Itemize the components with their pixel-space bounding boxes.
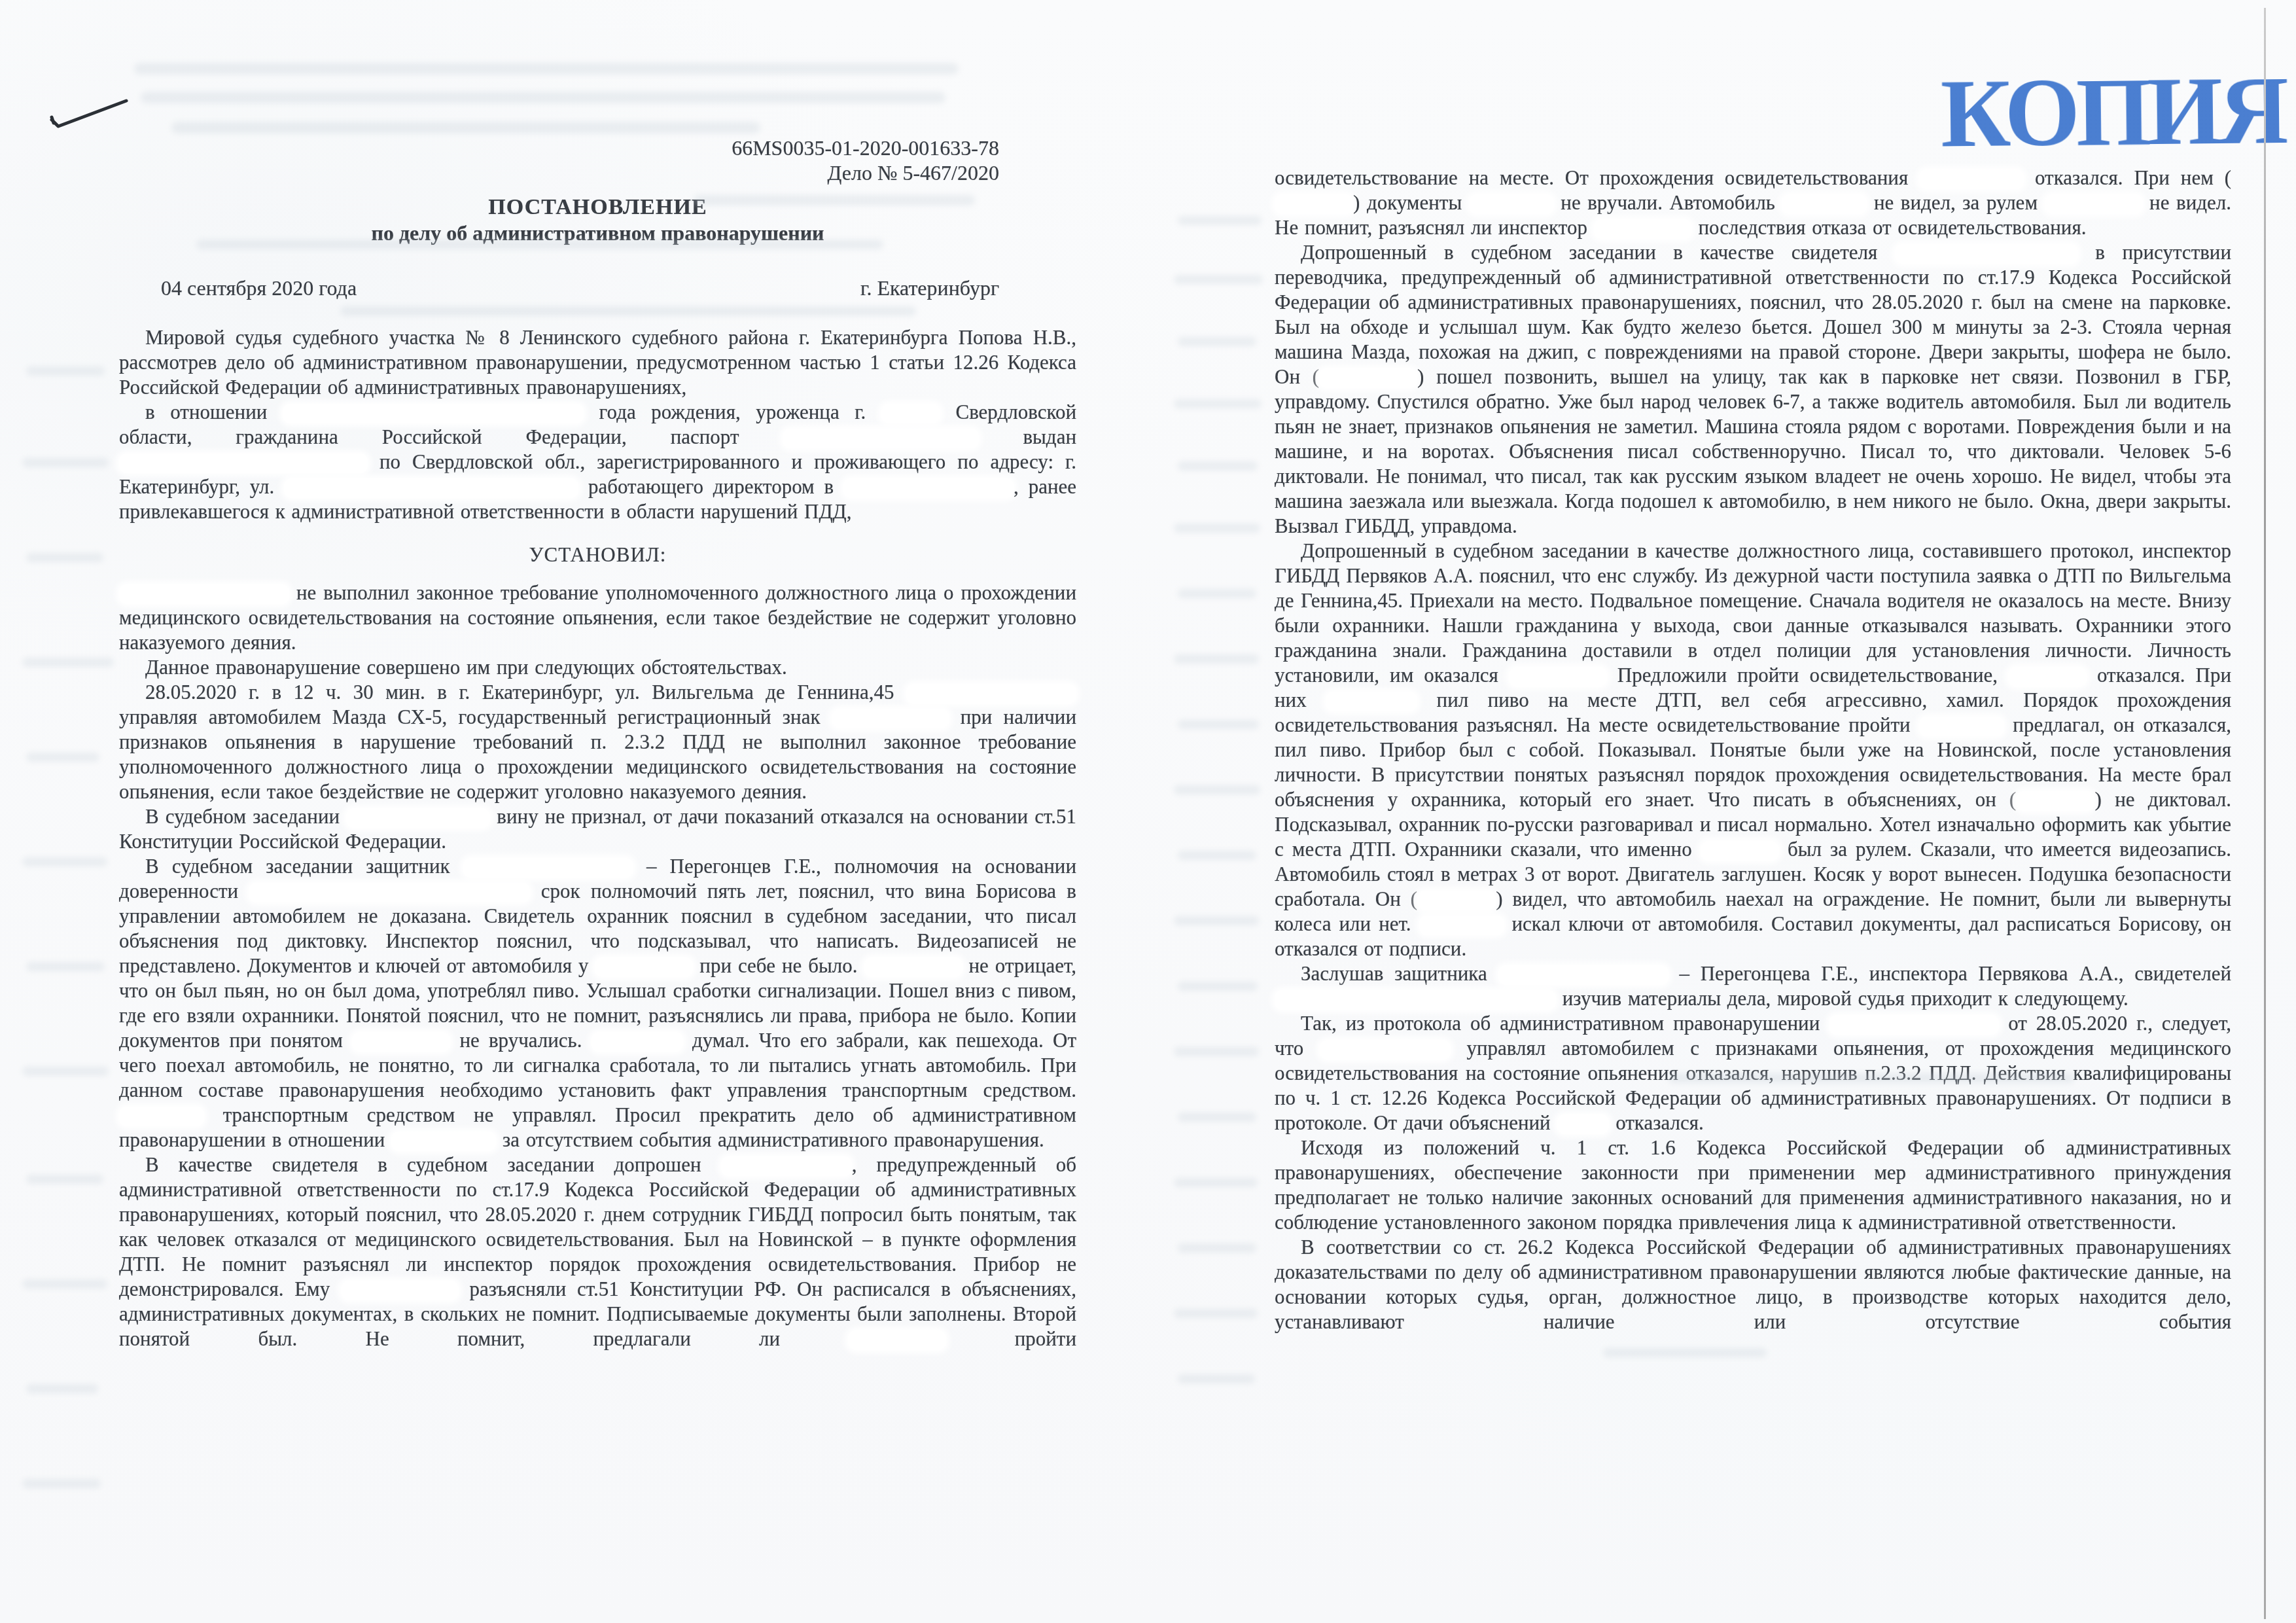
redaction (119, 454, 368, 473)
redaction (119, 584, 289, 604)
paragraph: В соответствии со ст. 26.2 Кодекса Росси… (1275, 1235, 2231, 1334)
bleed-through-artifact (134, 63, 959, 75)
bleed-through-artifact (22, 458, 109, 467)
bleed-through-artifact (1174, 785, 1260, 794)
section-heading: УСТАНОВИЛ: (119, 543, 1076, 567)
redaction (592, 1032, 683, 1052)
bleed-through-artifact (1603, 1348, 1767, 1357)
paragraph: Заслушав защитника – Перегонцева Г.Е., и… (1275, 961, 2231, 1011)
bleed-through-artifact (1174, 654, 1259, 664)
paragraph: В качестве свидетеля в судебном заседани… (119, 1152, 1076, 1351)
bleed-through-artifact (1178, 982, 1258, 991)
redaction (341, 1281, 459, 1300)
paragraph: Данное правонарушение совершено им при с… (119, 655, 1076, 680)
redaction (595, 957, 693, 977)
redaction (1919, 169, 2024, 189)
redaction (1509, 667, 1607, 687)
redaction (783, 429, 979, 448)
paragraph: освидетельствование на месте. От прохожд… (1275, 166, 2231, 240)
bleed-through-artifact (22, 658, 114, 667)
redaction (1895, 244, 2078, 264)
bleed-through-artifact (1174, 275, 1263, 284)
right-page-text: освидетельствование на месте. От прохожд… (1275, 166, 2231, 1334)
redaction (283, 404, 584, 423)
redaction (463, 858, 633, 878)
bleed-through-artifact (1174, 1047, 1259, 1056)
paragraph: Исходя из положений ч. 1 ст. 1.6 Кодекса… (1275, 1135, 2231, 1235)
redaction (1829, 1015, 1999, 1035)
bleed-through-artifact (1174, 916, 1259, 925)
left-page-text: Мировой судья судебного участка № 8 Лени… (119, 325, 1076, 1351)
bleed-through-artifact (340, 306, 916, 316)
redaction (1498, 965, 1669, 985)
bleed-through-artifact (26, 753, 99, 762)
redaction (391, 1132, 496, 1151)
redaction (1275, 990, 1556, 1010)
redaction (1417, 891, 1496, 910)
redaction (843, 478, 1014, 498)
redaction (2016, 791, 2094, 811)
case-header: 66MS0035-01-2020-001633-78 Дело № 5-467/… (119, 135, 1076, 185)
bleed-through-artifact (1178, 216, 1262, 225)
redaction (1419, 916, 1504, 935)
bleed-through-artifact (1178, 589, 1256, 598)
bleed-through-artifact (1174, 399, 1262, 408)
bleed-through-artifact (1178, 1243, 1256, 1253)
redaction (2008, 667, 2087, 687)
bleed-through-artifact (22, 1067, 109, 1076)
redaction (1275, 194, 1353, 214)
redaction (352, 1032, 450, 1052)
bleed-through-artifact (1174, 524, 1260, 533)
paragraph: в отношении года рождения, уроженца г. С… (119, 400, 1076, 524)
bleed-through-artifact (26, 1175, 103, 1184)
paragraph: Мировой судья судебного участка № 8 Лени… (119, 325, 1076, 400)
redaction (2045, 194, 2143, 214)
case-id: 66MS0035-01-2020-001633-78 (119, 135, 999, 160)
redaction (1701, 841, 1779, 861)
bleed-through-artifact (141, 92, 945, 103)
bleed-through-artifact (1178, 720, 1259, 729)
bleed-through-artifact (1178, 851, 1256, 860)
redaction (1469, 194, 1554, 214)
page-edge-line (2264, 8, 2266, 1619)
paragraph: В судебном заседании защитник – Перегонц… (119, 854, 1076, 1152)
bleed-through-artifact (694, 195, 975, 205)
bleed-through-artifact (26, 962, 105, 971)
redaction (346, 808, 490, 828)
bleed-through-artifact (26, 366, 105, 376)
document-date: 04 сентября 2020 года (161, 276, 357, 300)
paragraph: 28.05.2020 г. в 12 ч. 30 мин. в г. Екате… (119, 680, 1076, 804)
paragraph: В судебном заседании вину не признал, от… (119, 804, 1076, 854)
date-row: 04 сентября 2020 года г. Екатеринбург (119, 276, 1076, 300)
right-page: освидетельствование на месте. От прохожд… (1275, 141, 2231, 1334)
bleed-through-artifact (22, 1279, 107, 1289)
redaction (1782, 194, 1867, 214)
bleed-through-artifact (26, 1384, 98, 1393)
redaction (721, 1156, 852, 1176)
redaction (1320, 1040, 1451, 1060)
left-page: 66MS0035-01-2020-001633-78 Дело № 5-467/… (119, 62, 1076, 1351)
redaction (848, 1330, 946, 1350)
redaction (1326, 692, 1417, 711)
redaction (284, 478, 578, 498)
bleed-through-artifact (22, 857, 107, 866)
redaction (119, 1107, 204, 1126)
bleed-through-artifact (22, 1479, 101, 1488)
redaction (1919, 717, 2004, 736)
bleed-through-artifact (1178, 461, 1258, 471)
bleed-through-artifact (1174, 1178, 1258, 1187)
redaction (1319, 368, 1417, 388)
document-place: г. Екатеринбург (860, 276, 999, 300)
bleed-through-artifact (1178, 1374, 1255, 1383)
redaction (249, 883, 530, 902)
bleed-through-artifact (1669, 1073, 2074, 1083)
redaction (864, 957, 963, 977)
redaction (832, 709, 949, 728)
paragraph: Допрошенный в судебном заседании в качес… (1275, 539, 2231, 961)
paragraph: не выполнил законное требование уполномо… (119, 580, 1076, 655)
redaction (1557, 1115, 1609, 1134)
redaction (1594, 219, 1692, 239)
bleed-through-artifact (1178, 1113, 1256, 1122)
case-number: Дело № 5-467/2020 (119, 160, 999, 185)
redaction (906, 684, 1076, 704)
redaction (881, 404, 940, 423)
bleed-through-artifact (171, 122, 760, 134)
paragraph: Допрошенный в судебном заседании в качес… (1275, 240, 2231, 539)
bleed-through-artifact (1174, 1309, 1258, 1318)
bleed-through-artifact (26, 553, 103, 562)
bleed-through-artifact (196, 240, 883, 249)
document-scan: 66MS0035-01-2020-001633-78 Дело № 5-467/… (0, 0, 2296, 1623)
bleed-through-artifact (1178, 337, 1256, 346)
